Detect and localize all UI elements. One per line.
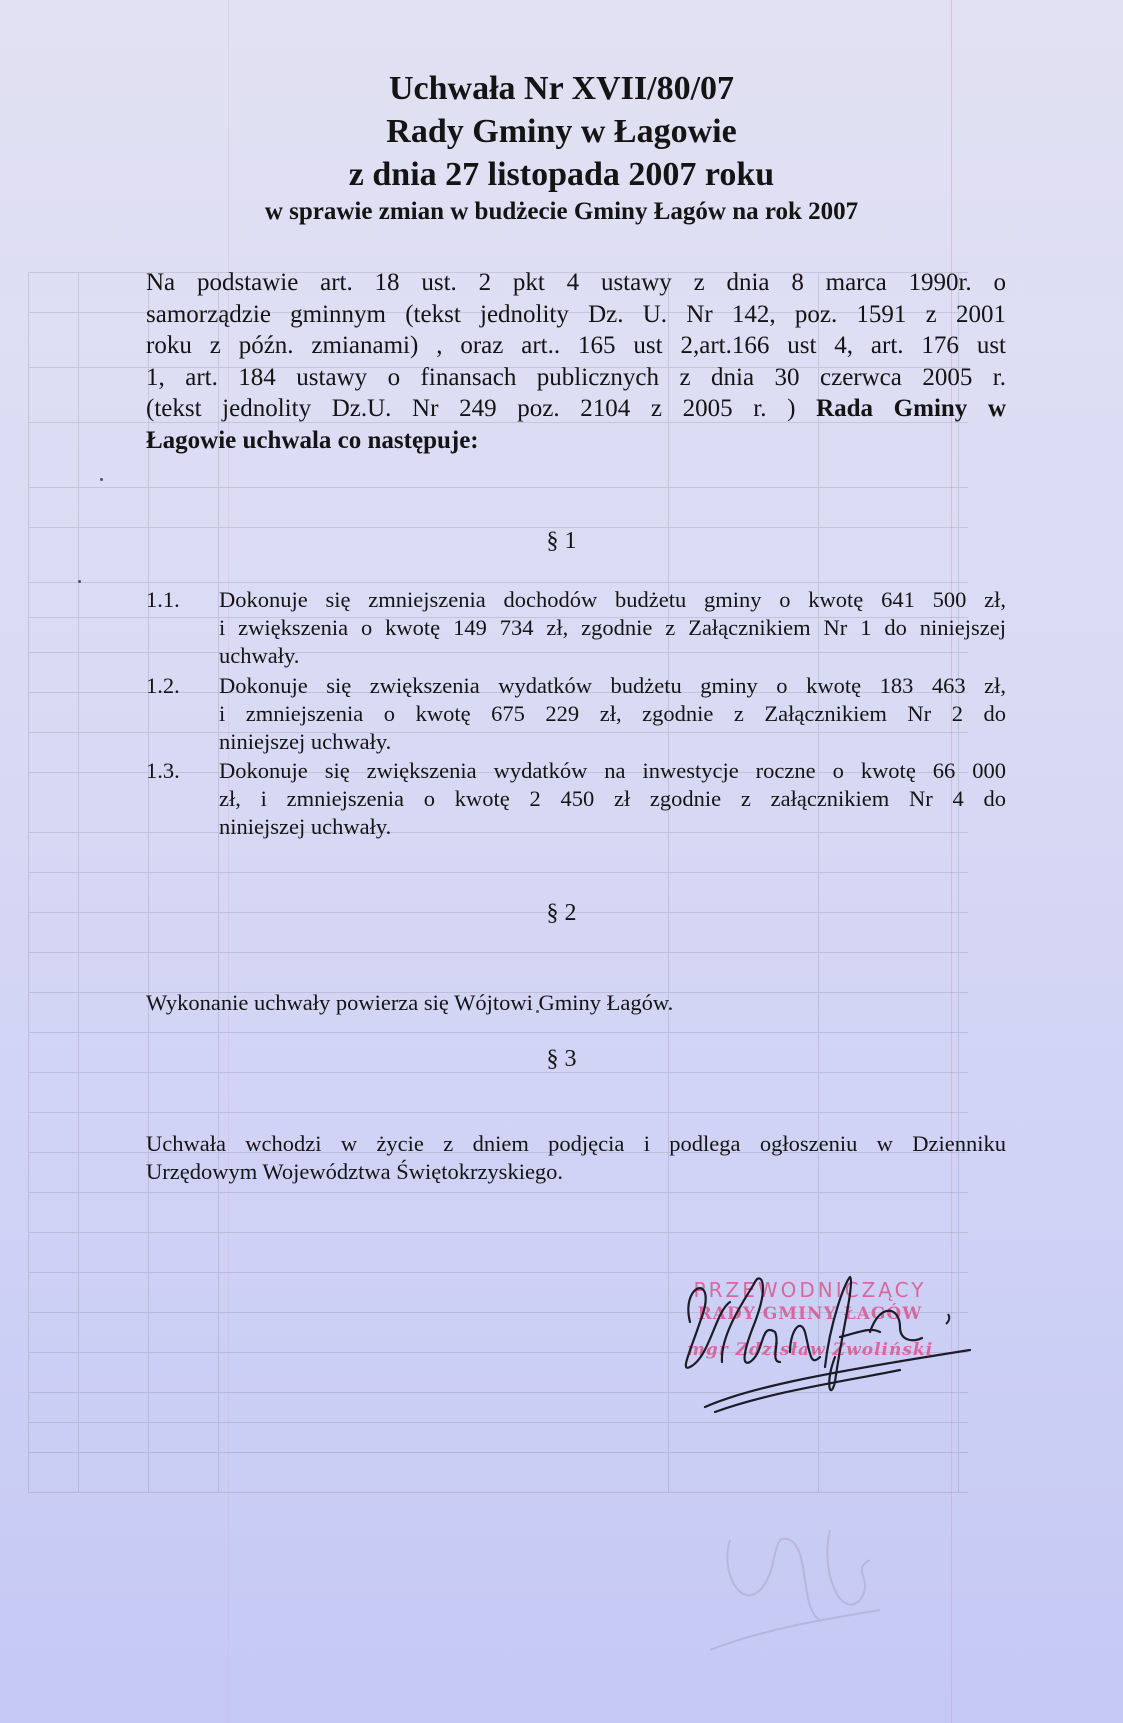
intro-line: 1, art. 184 ustawy o finansach publiczny…	[146, 362, 1006, 394]
bleed-through-signature	[700, 1510, 900, 1660]
resolution-number: Uchwała Nr XVII/80/07	[0, 70, 1123, 108]
intro-line: Na podstawie art. 18 ust. 2 pkt 4 ustawy…	[146, 267, 1006, 299]
document-page: Uchwała Nr XVII/80/07 Rady Gminy w Łagow…	[0, 0, 1123, 1723]
item-number: 1.1.	[146, 586, 180, 614]
intro-bold-tail: Rada Gminy w	[795, 395, 1006, 422]
effect-line: Urzędowym Województwa Świętokrzyskiego.	[146, 1158, 1006, 1186]
scan-speck	[78, 580, 81, 583]
intro-line-5: (tekst jednolity Dz.U. Nr 249 poz. 2104 …	[146, 393, 1006, 425]
item-line: Dokonuje się zwiększenia wydatków budżet…	[219, 672, 1006, 700]
item-line: niniejszej uchwały.	[219, 813, 1006, 841]
resolution-date: z dnia 27 listopada 2007 roku	[0, 156, 1123, 194]
section-3-heading: § 3	[0, 1046, 1123, 1073]
execution-clause: Wykonanie uchwały powierza się Wójtowi G…	[146, 990, 673, 1016]
intro-text: (tekst jednolity Dz.U. Nr 249 poz. 2104 …	[146, 395, 795, 422]
effect-line: Uchwała wchodzi w życie z dniem podjęcia…	[146, 1130, 1006, 1158]
section-1-heading: § 1	[0, 528, 1123, 555]
item-number: 1.3.	[146, 757, 180, 785]
intro-line: roku z późn. zmianami) , oraz art.. 165 …	[146, 330, 1006, 362]
item-line: Dokonuje się zmniejszenia dochodów budże…	[219, 586, 1006, 614]
item-line: i zwiększenia o kwotę 149 734 zł, zgodni…	[219, 614, 1006, 642]
council-name: Rady Gminy w Łagowie	[0, 113, 1123, 151]
entry-into-force-clause: Uchwała wchodzi w życie z dniem podjęcia…	[146, 1130, 1006, 1186]
item-line: Dokonuje się zwiększenia wydatków na inw…	[219, 757, 1006, 785]
scan-artifact-line	[228, 0, 229, 1723]
item-line: zł, i zmniejszenia o kwotę 2 450 zł zgod…	[219, 785, 1006, 813]
scan-speck	[536, 1010, 539, 1013]
section-2-heading: § 2	[0, 900, 1123, 927]
scan-speck	[100, 478, 103, 481]
handwritten-signature	[660, 1262, 980, 1422]
resolution-subject: w sprawie zmian w budżecie Gminy Łagów n…	[0, 198, 1123, 226]
item-line: uchwały.	[219, 642, 1006, 670]
item-number: 1.2.	[146, 672, 180, 700]
item-line: niniejszej uchwały.	[219, 728, 1006, 756]
scan-artifact-line	[951, 0, 952, 1723]
intro-bold-last: Łagowie uchwala co następuje:	[146, 425, 1006, 457]
item-line: i zmniejszenia o kwotę 675 229 zł, zgodn…	[219, 700, 1006, 728]
intro-line: samorządzie gminnym (tekst jednolity Dz.…	[146, 299, 1006, 331]
legal-basis-paragraph: Na podstawie art. 18 ust. 2 pkt 4 ustawy…	[146, 267, 1006, 456]
